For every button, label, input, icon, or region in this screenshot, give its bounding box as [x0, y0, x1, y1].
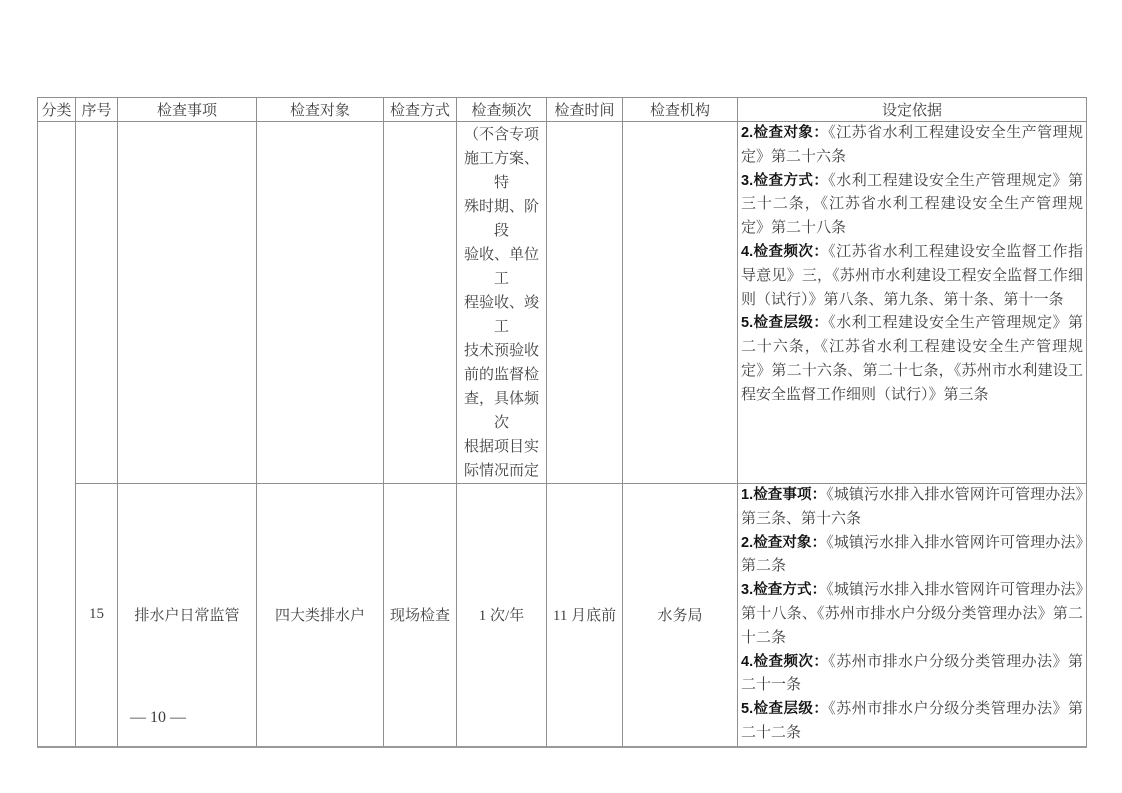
basis-item: 3.检查方式：《水利工程建设安全生产管理规定》第三十二条，《江苏省水利工程建设安…: [741, 170, 1083, 241]
basis-item: 4.检查频次：《苏州市排水户分级分类管理办法》第二十一条: [741, 651, 1083, 699]
basis-item: 5.检查层级：《水利工程建设安全生产管理规定》第二十六条，《江苏省水利工程建设安…: [741, 312, 1083, 407]
basis-item: 2.检查对象：《江苏省水利工程建设安全生产管理规定》第二十六条: [741, 122, 1083, 170]
inspection-table: 分类 序号 检查事项 检查对象 检查方式 检查频次 检查时间 检查机构 设定依据…: [37, 97, 1087, 748]
col-header-target: 检查对象: [257, 98, 384, 122]
basis-item-label: 3.检查方式：: [741, 173, 828, 189]
col-header-time: 检查时间: [547, 98, 623, 122]
cell-time-row2: 11 月底前: [547, 484, 623, 747]
cell-time-row1: [547, 122, 623, 484]
col-header-item: 检查事项: [118, 98, 257, 122]
col-header-category: 分类: [38, 98, 76, 122]
basis-item-label: 5.检查层级：: [741, 701, 828, 717]
basis-item-label: 2.检查对象：: [741, 535, 826, 551]
basis-item: 5.检查层级：《苏州市排水户分级分类管理办法》第二十二条: [741, 698, 1083, 746]
cell-frequency-row2: 1 次/年: [457, 484, 547, 747]
basis-item-label: 5.检查层级：: [741, 315, 828, 331]
cell-method-row2: 现场检查: [384, 484, 457, 747]
basis-item-label: 3.检查方式：: [741, 582, 826, 598]
table-row-continuation: （不含专项 施工方案、特 殊时期、阶段 验收、单位工 程验收、竣工 技术预验收 …: [38, 122, 1087, 484]
cell-basis-row2: 1.检查事项：《城镇污水排入排水管网许可管理办法》第三条、第十六条 2.检查对象…: [738, 484, 1087, 747]
basis-item-label: 2.检查对象：: [741, 125, 828, 141]
col-header-seq: 序号: [76, 98, 118, 122]
basis-item: 3.检查方式：《城镇污水排入排水管网许可管理办法》第十八条、《苏州市排水户分级分…: [741, 579, 1083, 650]
col-header-agency: 检查机构: [623, 98, 738, 122]
basis-item-label: 1.检查事项：: [741, 487, 826, 503]
basis-item: 4.检查频次：《江苏省水利工程建设安全监督工作指导意见》三，《苏州市水利建设工程…: [741, 241, 1083, 312]
cell-target-row1: [257, 122, 384, 484]
table-row-15: 15 排水户日常监管 四大类排水户 现场检查 1 次/年 11 月底前 水务局 …: [38, 484, 1087, 747]
cell-item-row1: [118, 122, 257, 484]
cell-agency-row1: [623, 122, 738, 484]
cell-method-row1: [384, 122, 457, 484]
basis-item-label: 4.检查频次：: [741, 654, 828, 670]
document-page: 分类 序号 检查事项 检查对象 检查方式 检查频次 检查时间 检查机构 设定依据…: [0, 0, 1122, 793]
cell-target-row2: 四大类排水户: [257, 484, 384, 747]
basis-item: 2.检查对象：《城镇污水排入排水管网许可管理办法》第二条: [741, 532, 1083, 580]
col-header-frequency: 检查频次: [457, 98, 547, 122]
frequency-note-text: （不含专项 施工方案、特 殊时期、阶段 验收、单位工 程验收、竣工 技术预验收 …: [457, 122, 546, 483]
cell-agency-row2: 水务局: [623, 484, 738, 747]
cell-category-merged: [38, 122, 76, 747]
basis-item-label: 4.检查频次：: [741, 244, 828, 260]
page-number: — 10 —: [112, 709, 204, 727]
cell-item-row2: 排水户日常监管: [118, 484, 257, 747]
cell-frequency-row1: （不含专项 施工方案、特 殊时期、阶段 验收、单位工 程验收、竣工 技术预验收 …: [457, 122, 547, 484]
col-header-basis: 设定依据: [738, 98, 1087, 122]
cell-seq-row2: 15: [76, 484, 118, 747]
cell-seq-row1: [76, 122, 118, 484]
cell-basis-row1: 2.检查对象：《江苏省水利工程建设安全生产管理规定》第二十六条 3.检查方式：《…: [738, 122, 1087, 484]
col-header-method: 检查方式: [384, 98, 457, 122]
basis-item: 1.检查事项：《城镇污水排入排水管网许可管理办法》第三条、第十六条: [741, 484, 1083, 532]
table-header-row: 分类 序号 检查事项 检查对象 检查方式 检查频次 检查时间 检查机构 设定依据: [38, 98, 1087, 122]
